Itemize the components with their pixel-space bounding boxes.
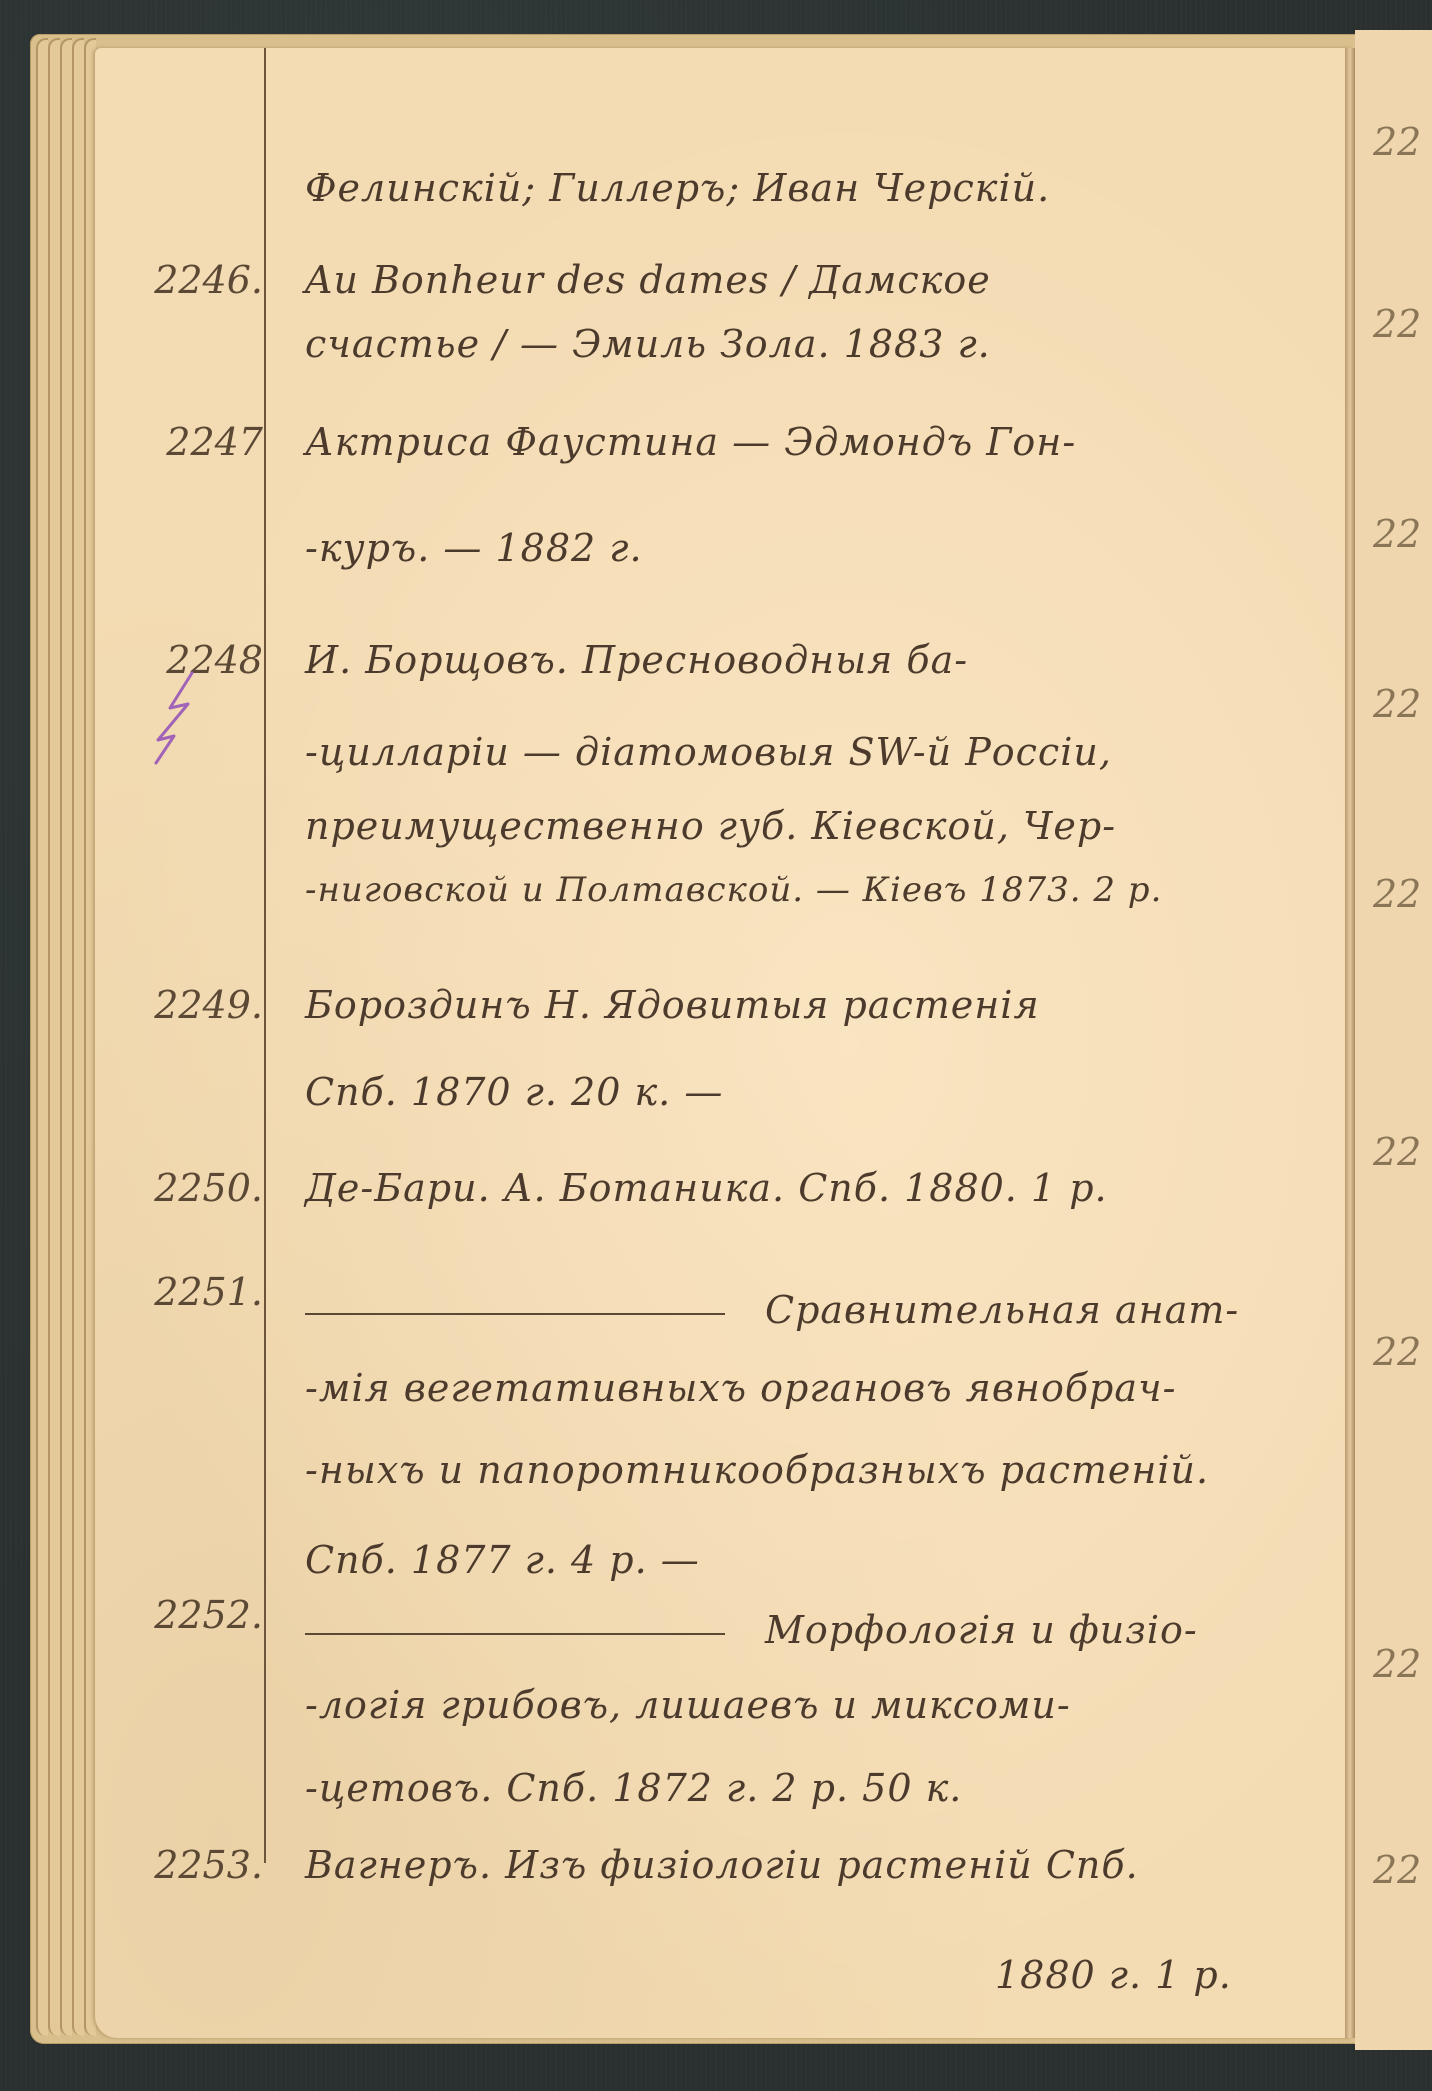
margin-rule: [264, 48, 266, 1863]
entry-line: преимущественно губ. Кіевской, Чер-: [305, 804, 1116, 848]
entry-line: Сравнительная анат-: [305, 1288, 1239, 1332]
page-edge: [72, 38, 84, 2036]
entry-line: счастье / — Эмиль Зола. 1883 г.: [305, 322, 991, 366]
entry-number: 2247: [95, 420, 263, 464]
entry-line: -логія грибовъ, лишаевъ и миксоми-: [305, 1683, 1071, 1727]
page-edge: [60, 38, 72, 2036]
next-page-entry-number: 22: [1373, 1130, 1421, 1174]
entry-line: Актриса Фаустина — Эдмондъ Гон-: [305, 420, 1076, 464]
page-edge: [36, 38, 48, 2036]
next-page-entry-number: 22: [1373, 872, 1421, 916]
next-page-strip: 22 22 22 22 22 22 22 22 22: [1355, 30, 1432, 2050]
entry-number: 2253.: [95, 1843, 263, 1887]
page-edge: [48, 38, 60, 2036]
entry-line: Бороздинъ Н. Ядовитыя растенія: [305, 983, 1040, 1027]
entry-line: И. Борщовъ. Пресноводныя ба-: [305, 638, 968, 682]
entry-number: 2249.: [95, 983, 263, 1027]
ditto-rule: [305, 1633, 725, 1635]
ditto-rule: [305, 1313, 725, 1315]
next-page-entry-number: 22: [1373, 682, 1421, 726]
entry-number: 2246.: [95, 258, 263, 302]
entry-line: Спб. 1870 г. 20 к. —: [305, 1070, 723, 1114]
continuation-line: Фелинскій; Гиллеръ; Иван Черскій.: [305, 166, 1050, 210]
entry-line: -ныхъ и папоротникообразныхъ растеній.: [305, 1448, 1209, 1492]
next-page-entry-number: 22: [1373, 1642, 1421, 1686]
entry-line: -цилларіи — діатомовыя SW-й Россіи,: [305, 730, 1112, 774]
next-page-entry-number: 22: [1373, 1848, 1421, 1892]
pencil-margin-mark: [150, 668, 200, 768]
entry-line: -мія вегетативныхъ органовъ явнобрач-: [305, 1366, 1177, 1410]
entry-line: Au Bonheur des dames / Дамское: [305, 258, 991, 302]
entry-number: 2252.: [95, 1593, 263, 1637]
book-gutter: [1345, 48, 1355, 2038]
entry-line: -куръ. — 1882 г.: [305, 526, 643, 570]
entry-line: Спб. 1877 г. 4 р. —: [305, 1538, 700, 1582]
next-page-entry-number: 22: [1373, 120, 1421, 164]
entry-line: Морфологія и физіо-: [305, 1608, 1198, 1652]
next-page-entry-number: 22: [1373, 1330, 1421, 1374]
entry-number: 2250.: [95, 1166, 263, 1210]
entry-line: Вагнеръ. Изъ физіологіи растеній Спб.: [305, 1843, 1139, 1887]
entry-line: 1880 г. 1 р.: [995, 1953, 1232, 1997]
entry-line-text: Сравнительная анат-: [765, 1288, 1239, 1332]
entry-line-text: Морфологія и физіо-: [765, 1608, 1198, 1652]
entry-line: -ниговской и Полтавской. — Кіевъ 1873. 2…: [305, 870, 1162, 910]
catalog-page: Фелинскій; Гиллеръ; Иван Черскій. 2246. …: [95, 48, 1352, 2038]
entry-number: 2251.: [95, 1270, 263, 1314]
entry-line: -цетовъ. Спб. 1872 г. 2 р. 50 к.: [305, 1766, 962, 1810]
next-page-entry-number: 22: [1373, 302, 1421, 346]
next-page-entry-number: 22: [1373, 512, 1421, 556]
entry-line: Де-Бари. А. Ботаника. Спб. 1880. 1 р.: [305, 1166, 1108, 1210]
